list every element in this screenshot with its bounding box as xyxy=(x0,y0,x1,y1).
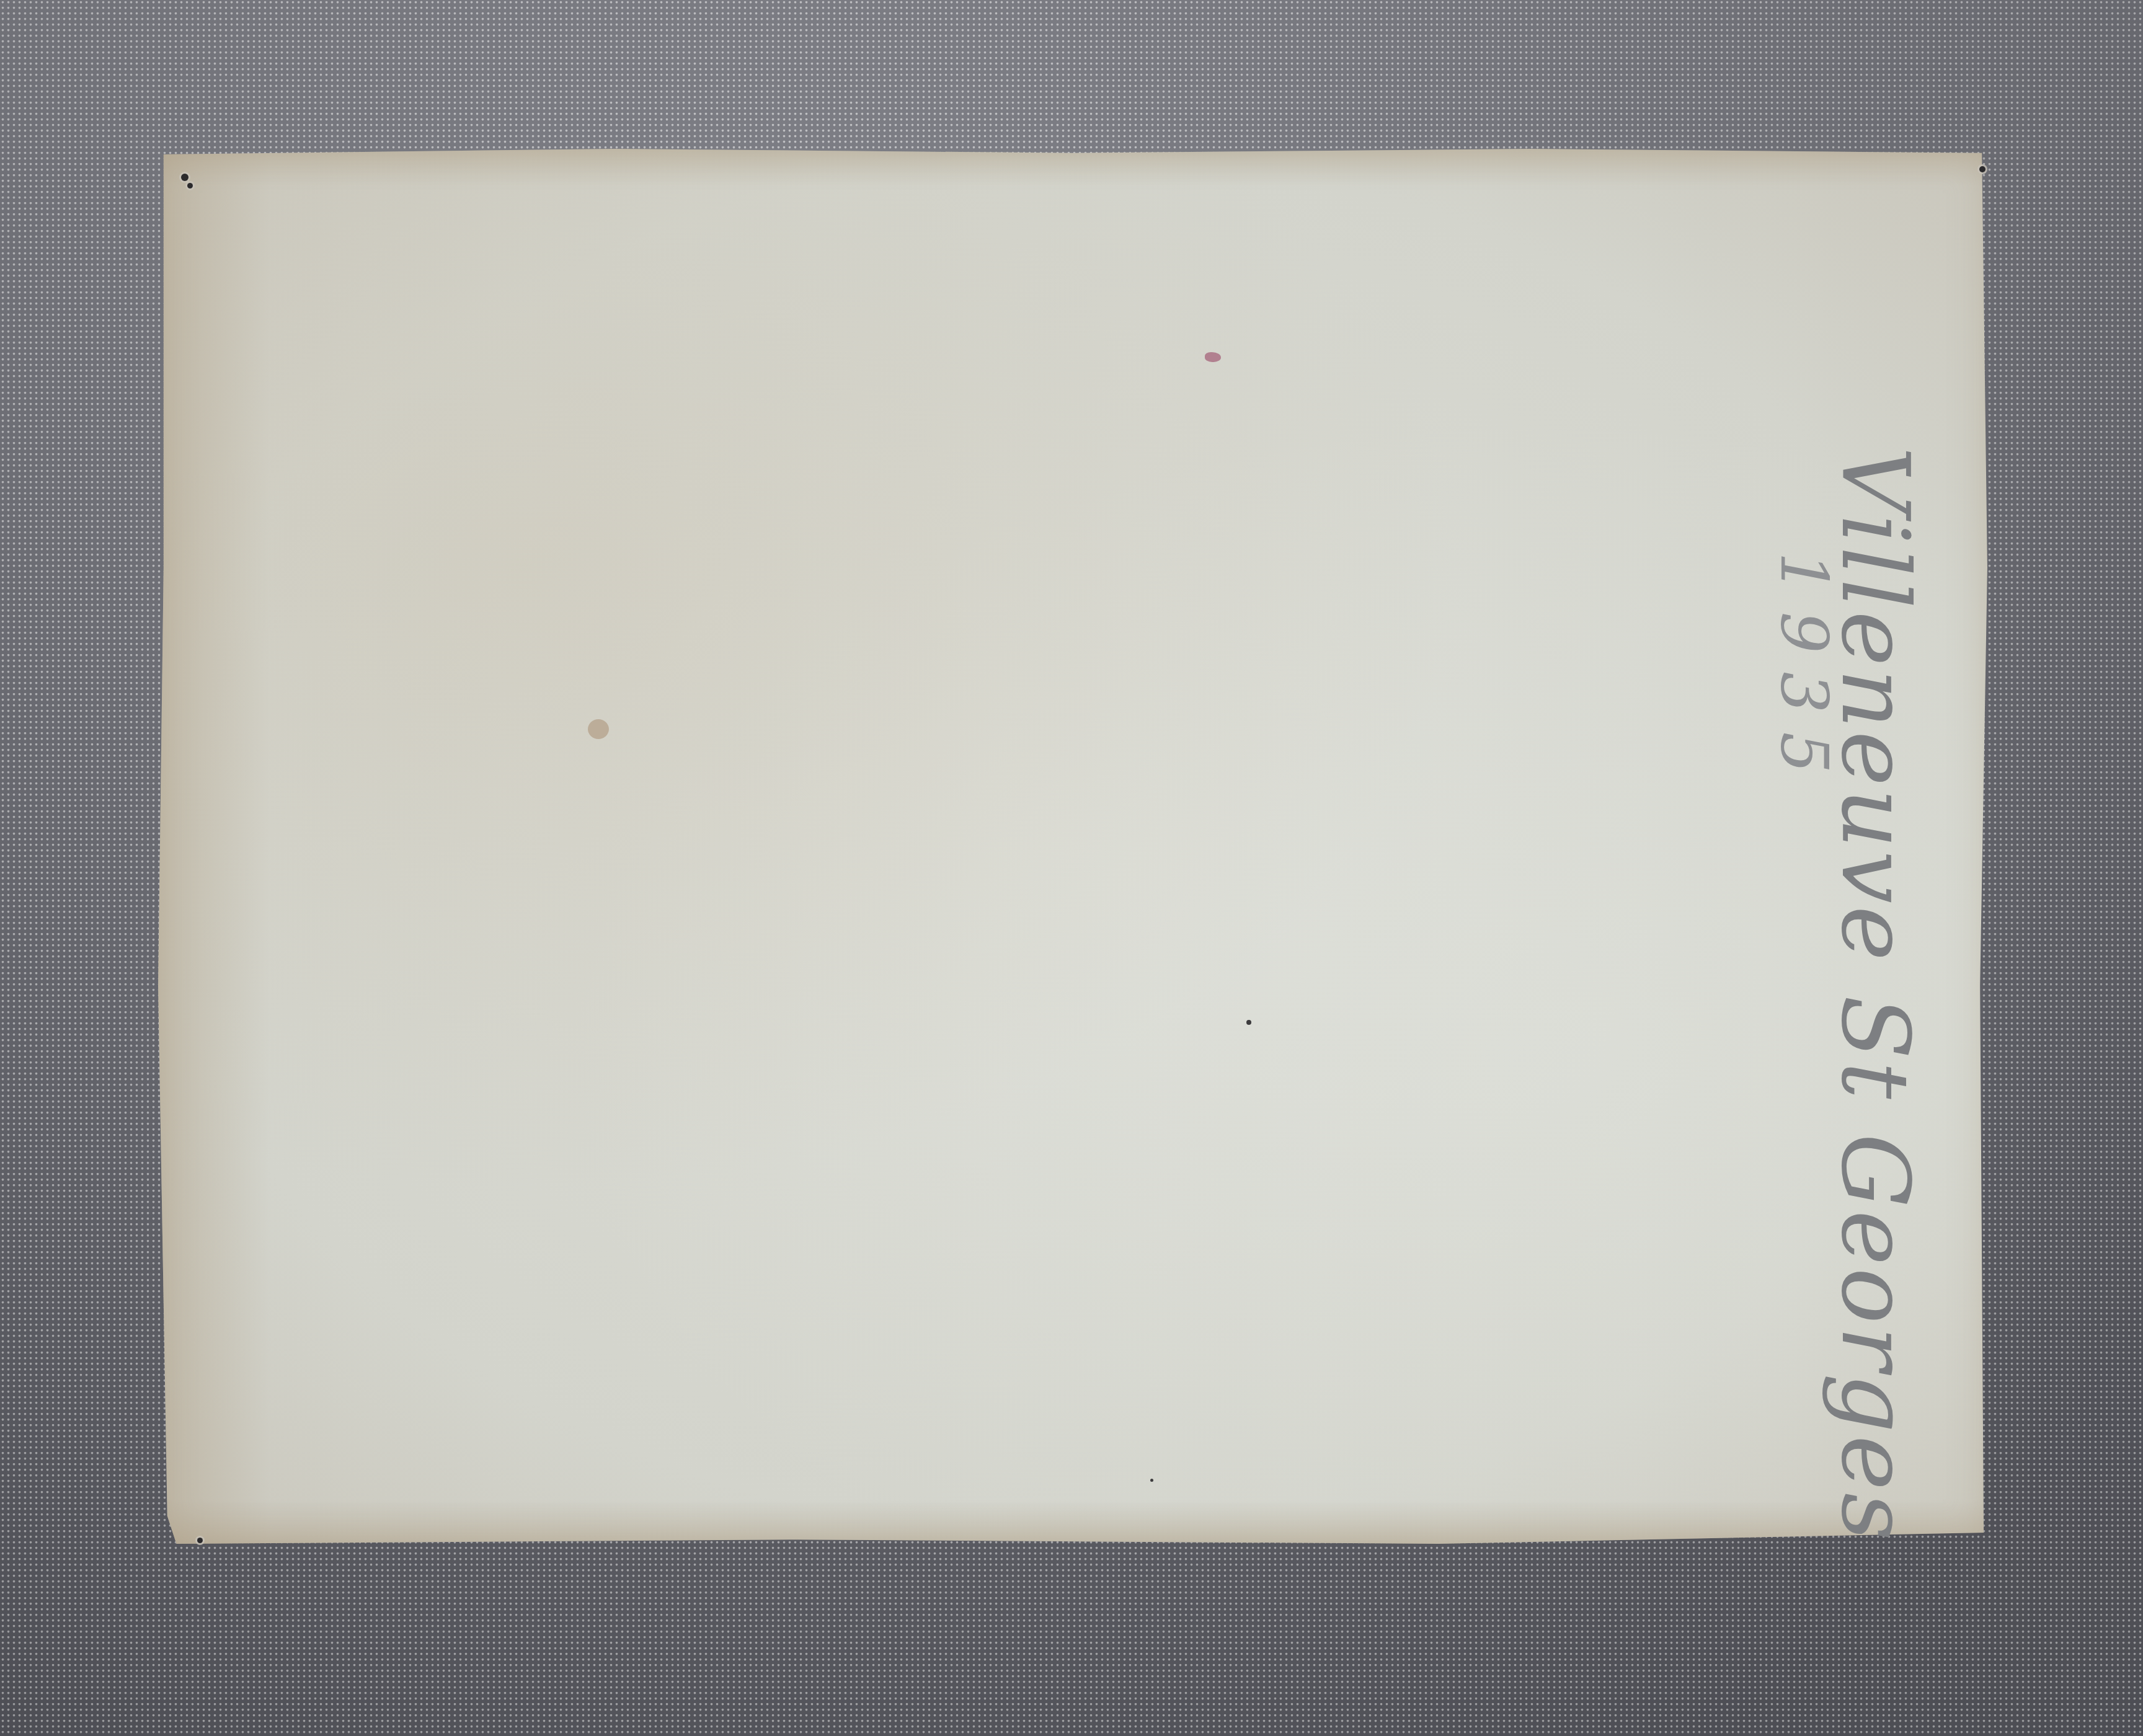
speck-mark xyxy=(1246,1020,1251,1025)
paper-edge-discoloration-bottom xyxy=(158,1500,1987,1544)
pin-hole-mark xyxy=(187,183,193,188)
pin-hole-mark xyxy=(1979,166,1985,172)
paper-edge-discoloration-top xyxy=(158,149,1987,186)
red-stain-mark xyxy=(1205,352,1221,362)
speck-mark xyxy=(1150,1479,1153,1482)
pin-hole-mark xyxy=(181,174,189,181)
handwritten-year: 1935 xyxy=(1766,552,1842,792)
paper-edge-discoloration-left xyxy=(158,149,270,1544)
pin-hole-mark xyxy=(197,1538,203,1543)
paper-sheet xyxy=(158,149,1987,1544)
brown-stain-mark xyxy=(588,719,609,739)
